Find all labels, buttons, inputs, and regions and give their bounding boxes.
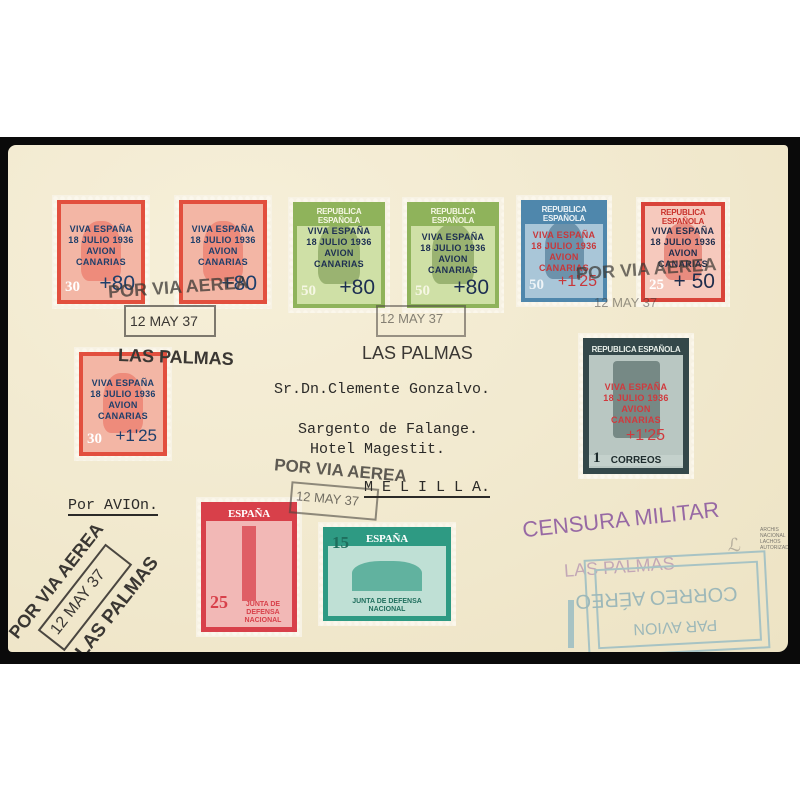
postmark-date-2: 12 MAY 37 <box>380 311 443 326</box>
cachet-fragment <box>568 600 574 648</box>
stamp-surcharge: +1'25 <box>115 426 157 446</box>
stamp-republica-green-plus80-2: REPUBLICA ESPAÑOLA VIVA ESPAÑA18 JULIO 1… <box>402 197 504 313</box>
stamp-surcharge: +1'25 <box>626 426 665 446</box>
stamp-overprint: VIVA ESPAÑA18 JULIO 1936AVIONCANARIAS <box>61 224 141 268</box>
air-mail-cachet: PAR AVION CORREO AÉREO <box>584 550 771 652</box>
censor-mark: CENSURA MILITAR <box>521 497 720 544</box>
signature-scrawl: ℒ <box>728 535 741 556</box>
stamp-espana-zaragoza-15c: ESPAÑA 15 JUNTA DE DEFENSANACIONAL <box>318 522 456 626</box>
stamp-overprint: VIVA ESPAÑA18 JULIO 1936AVIONCANARIAS <box>83 378 163 422</box>
stamp-surcharge: +80 <box>453 278 489 298</box>
address-line-rank: Sargento de Falange. <box>298 421 478 438</box>
stamp-overprint: VIVA ESPAÑA18 JULIO 1936AVIONCANARIAS <box>183 224 263 268</box>
address-line-name: Sr.Dn.Clemente Gonzalvo. <box>274 381 490 398</box>
stamp-surcharge: +80 <box>339 278 375 298</box>
routing-note: Por AVIOn. <box>68 497 158 516</box>
stamp-overprint: VIVA ESPAÑA18 JULIO 1936AVIONCANARIAS <box>411 232 495 276</box>
stamp-republica-rose-plus50: REPUBLICA ESPAÑOLA VIVA ESPAÑA18 JULIO 1… <box>636 197 730 307</box>
postmark-city-2: LAS PALMAS <box>362 343 473 364</box>
notation-text: ARCHISNACIONALLACHOSAUTORIZAD <box>760 527 788 551</box>
stamp-overprint: VIVA ESPAÑA18 JULIO 1936AVIONCANARIAS <box>297 226 381 270</box>
postmark-date-1: 12 MAY 37 <box>130 313 198 329</box>
stamp-republica-green-plus80: REPUBLICA ESPAÑOLA VIVA ESPAÑA18 JULIO 1… <box>288 197 390 313</box>
stamp-espana-sevilla-25c: ESPAÑA 25 JUNTA DE DEFENSANACIONAL <box>196 497 302 637</box>
address-line-hotel: Hotel Magestit. <box>310 441 445 458</box>
postmark-city-1: LAS PALMAS <box>118 345 234 370</box>
stamp-cuenca-1pta-plus125: REPUBLICA ESPAÑOLA VIVA ESPAÑA18 JULIO 1… <box>578 333 694 479</box>
address-line-city: M E L I L L A. <box>364 479 490 498</box>
envelope: VIVA ESPAÑA18 JULIO 1936AVIONCANARIAS 30… <box>8 145 788 652</box>
stamp-republica-blue-plus125: REPUBLICA ESPAÑOLA VIVA ESPAÑA18 JULIO 1… <box>516 195 612 307</box>
stamp-overprint: VIVA ESPAÑA18 JULIO 1936AVIONCANARIAS <box>589 382 683 426</box>
postmark-date-3: 12 MAY 37 <box>594 295 657 310</box>
